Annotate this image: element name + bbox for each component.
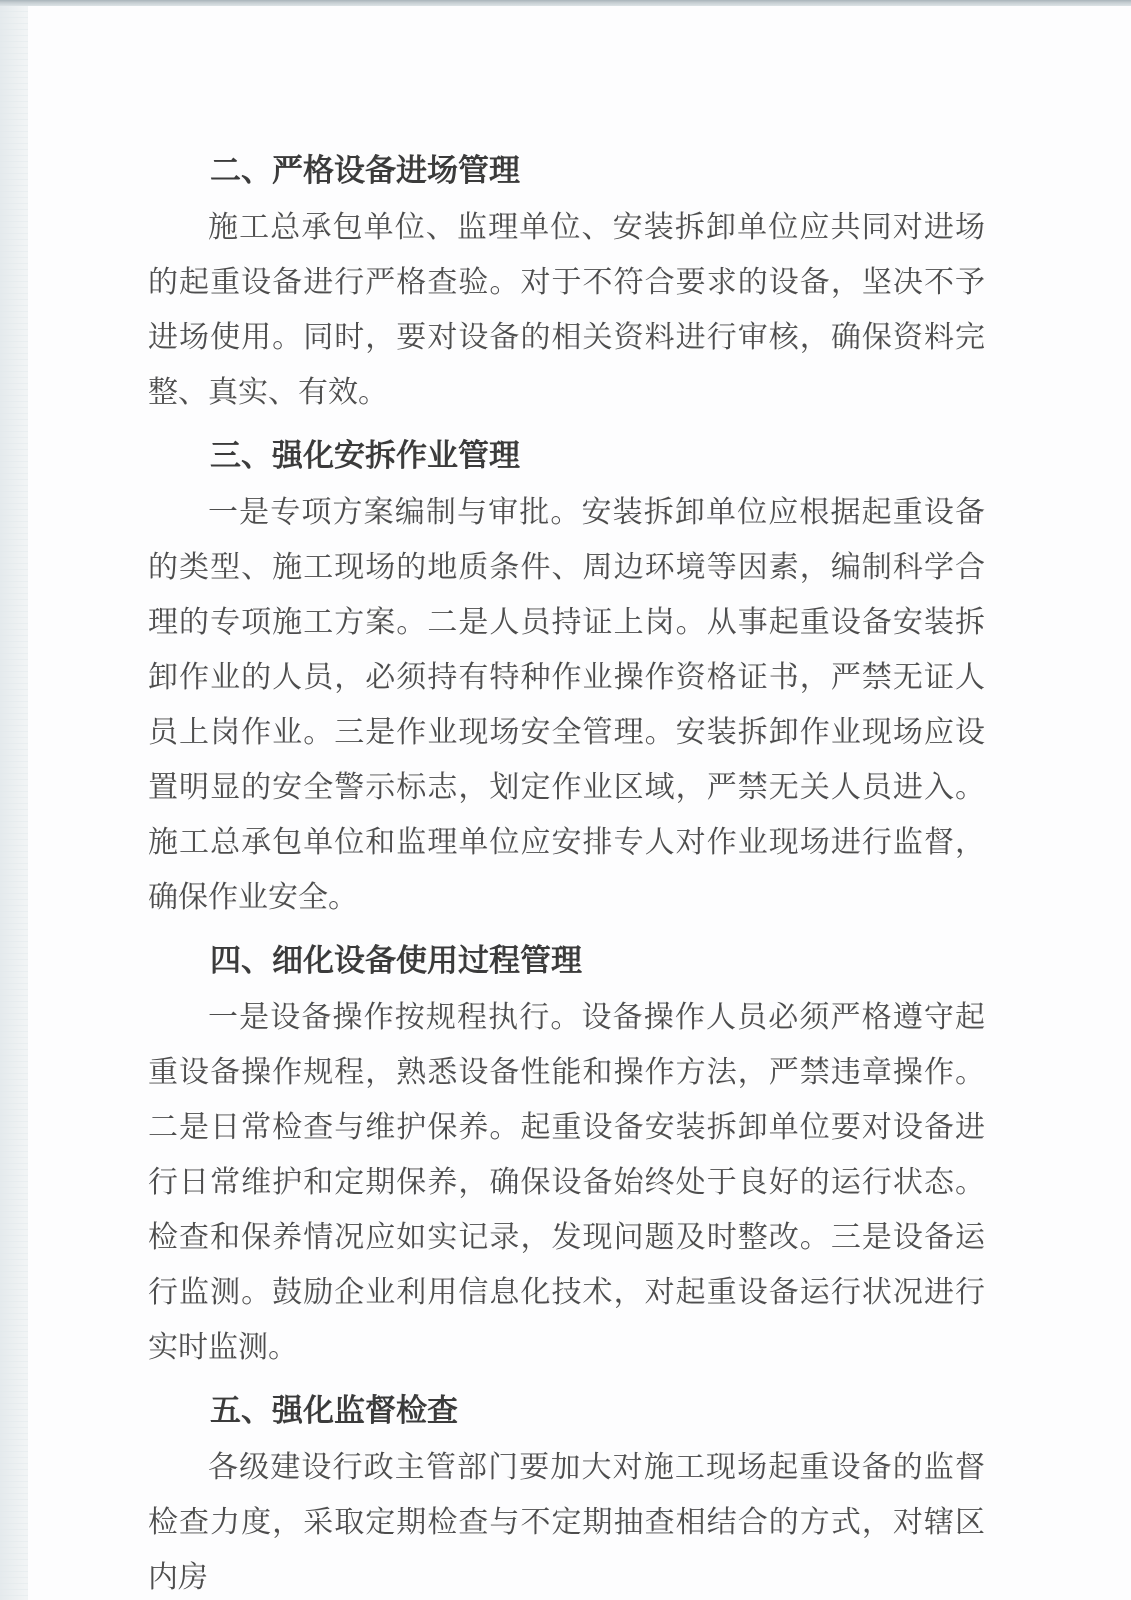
scan-edge-left — [0, 6, 28, 1600]
section-paragraph: 一是设备操作按规程执行。设备操作人员必须严格遵守起重设备操作规程，熟悉设备性能和… — [148, 990, 985, 1375]
section-heading: 四、细化设备使用过程管理 — [148, 933, 985, 988]
document-section-4: 四、细化设备使用过程管理 一是设备操作按规程执行。设备操作人员必须严格遵守起重设… — [148, 933, 985, 1375]
section-heading: 五、强化监督检查 — [148, 1383, 985, 1438]
scan-edge-top — [0, 0, 1131, 6]
document-section-3: 三、强化安拆作业管理 一是专项方案编制与审批。安装拆卸单位应根据起重设备的类型、… — [148, 428, 985, 925]
document-body: 二、严格设备进场管理 施工总承包单位、监理单位、安装拆卸单位应共同对进场的起重设… — [148, 143, 985, 1600]
section-paragraph: 各级建设行政主管部门要加大对施工现场起重设备的监督检查力度，采取定期检查与不定期… — [148, 1440, 985, 1600]
section-heading: 二、严格设备进场管理 — [148, 143, 985, 198]
section-paragraph: 一是专项方案编制与审批。安装拆卸单位应根据起重设备的类型、施工现场的地质条件、周… — [148, 485, 985, 925]
document-section-5: 五、强化监督检查 各级建设行政主管部门要加大对施工现场起重设备的监督检查力度，采… — [148, 1383, 985, 1600]
section-heading: 三、强化安拆作业管理 — [148, 428, 985, 483]
scanned-page: 二、严格设备进场管理 施工总承包单位、监理单位、安装拆卸单位应共同对进场的起重设… — [0, 0, 1131, 1600]
section-paragraph: 施工总承包单位、监理单位、安装拆卸单位应共同对进场的起重设备进行严格查验。对于不… — [148, 200, 985, 420]
document-section-2: 二、严格设备进场管理 施工总承包单位、监理单位、安装拆卸单位应共同对进场的起重设… — [148, 143, 985, 420]
